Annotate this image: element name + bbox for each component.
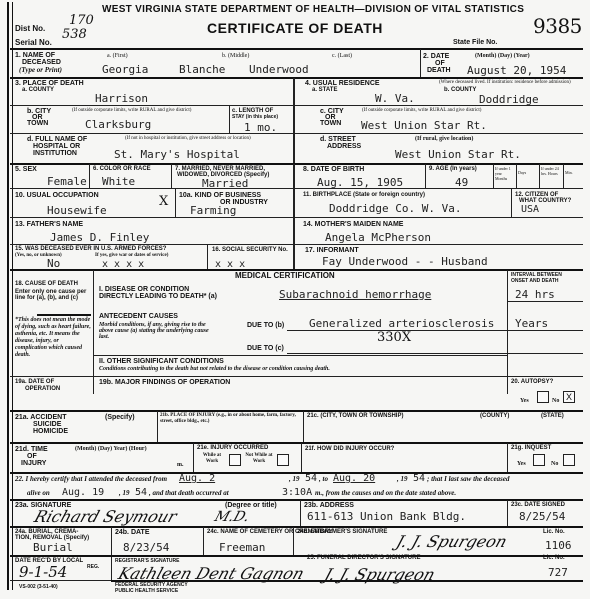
certify-text-1: 22. I hereby certify that I attended the…: [15, 476, 167, 483]
antecedent-note: Morbid conditions, if any, giving rise t…: [99, 322, 219, 340]
death-city-label-3: TOWN: [27, 120, 48, 127]
res-county-label: b. COUNTY: [444, 87, 476, 94]
received-date-value: 9-1-54: [19, 563, 67, 581]
cause-of-death-note: Enter only one cause per line for (a), (…: [15, 289, 91, 301]
middle-name-value: Blanche: [179, 64, 225, 75]
res-street-note: (If rural, give location): [415, 136, 473, 142]
injury-time-m: m.: [177, 462, 184, 468]
certificate-title: CERTIFICATE OF DEATH: [207, 20, 383, 36]
form-number: VS-002 (3-51-40): [19, 584, 58, 591]
age-hours-label: If under 24 hrs. Hours: [541, 166, 563, 176]
social-security-label: 16. SOCIAL SECURITY No.: [212, 247, 288, 254]
place-of-death-label: 3. PLACE OF DEATH: [15, 80, 84, 87]
due-to-b-label: DUE TO (b): [247, 322, 284, 329]
date-signed-label: 23c. DATE SIGNED: [511, 502, 565, 509]
accident-label-3: HOMICIDE: [33, 428, 68, 435]
res-street-label-2: ADDRESS: [327, 143, 361, 150]
date-of-death-cols: (Month) (Day) (Year): [475, 53, 530, 59]
how-injury-label: 21f. HOW DID INJURY OCCUR?: [305, 446, 394, 453]
attended-to-year: 54: [413, 473, 425, 484]
embalmer-lic-label: Lic. No.: [543, 529, 565, 536]
part1-label-1: I. DISEASE OR CONDITION: [99, 286, 189, 293]
hospital-label-3: INSTITUTION: [33, 150, 77, 157]
inquest-no-label: No: [551, 461, 558, 467]
cause-c-value: 330X: [377, 330, 411, 345]
interval-b-value: Years: [515, 318, 548, 329]
embalmer-label: 24d. EMBALMER'S SIGNATURE: [297, 529, 387, 536]
first-name-label: a. (First): [107, 53, 128, 59]
autopsy-yes-checkbox[interactable]: [537, 391, 549, 403]
dist-no-value: 170: [69, 13, 94, 28]
death-certificate-page: WEST VIRGINIA STATE DEPARTMENT OF HEALTH…: [0, 0, 590, 599]
attended-from-date: Aug. 2: [179, 473, 215, 484]
part2-label: II. OTHER SIGNIFICANT CONDITIONS: [99, 358, 224, 365]
alive-on-year: 54: [135, 487, 147, 498]
name-label-2: DECEASED: [22, 59, 61, 66]
antecedent-label: ANTECEDENT CAUSES: [99, 313, 178, 320]
armed-forces-value: No: [47, 258, 60, 269]
last-name-label: c. (Last): [332, 53, 352, 59]
death-time-value: 3:10A: [282, 487, 312, 498]
autopsy-yes-label: Yes: [520, 398, 529, 404]
burial-date-value: 8/23/54: [123, 542, 169, 553]
mother-name-value: Angela McPherson: [325, 232, 431, 243]
citizen-value: USA: [521, 204, 539, 215]
usual-residence-note: (Where deceased lived. If institution: r…: [439, 80, 571, 86]
accident-label-1: 21a. ACCIDENT: [15, 414, 66, 421]
accident-label-2: SUICIDE: [33, 421, 61, 428]
year-prefix-3: , 19: [119, 490, 130, 497]
physician-signature: Richard Seymour: [32, 507, 179, 526]
to-label: , to: [319, 476, 328, 483]
res-street-value: West Union Star Rt.: [395, 149, 521, 160]
burial-date-label: 24b. DATE: [115, 529, 150, 536]
injury-time-label-2: OF: [27, 453, 37, 460]
autopsy-no-checkbox[interactable]: X: [563, 391, 575, 403]
address-label: 23b. ADDRESS: [304, 502, 354, 509]
operation-date-label-1: 19a. DATE OF: [15, 379, 54, 386]
last-name-value: Underwood: [249, 64, 309, 75]
certify-text-3: , and that death occurred at: [149, 490, 229, 497]
birth-date-value: Aug. 15, 1905: [317, 177, 403, 188]
race-label: 6. COLOR OR RACE: [93, 166, 151, 173]
due-to-c-label: DUE TO (c): [247, 345, 284, 352]
year-prefix-2: , 19: [397, 476, 408, 483]
interval-a-value: 24 hrs: [515, 289, 555, 300]
funeral-director-lic-value: 727: [548, 567, 568, 578]
inquest-yes-label: Yes: [517, 461, 526, 467]
age-months-label: If under 1 year Months: [495, 166, 515, 181]
death-city-note: (If outside corporate limits, write RURA…: [72, 108, 191, 114]
mother-name-label: 14. MOTHER'S MAIDEN NAME: [303, 221, 403, 228]
informant-label: 17. INFORMANT: [305, 247, 359, 254]
hospital-note: (If not in hospital or institution, give…: [125, 136, 251, 142]
hospital-value: St. Mary's Hospital: [114, 149, 240, 160]
certificate: WEST VIRGINIA STATE DEPARTMENT OF HEALTH…: [7, 2, 583, 590]
received-label-2: REG.: [87, 564, 99, 571]
age-label: 9. AGE (In years): [429, 166, 477, 173]
agency-line-2: PUBLIC HEALTH SERVICE: [115, 588, 178, 595]
res-city-label-3: TOWN: [320, 120, 341, 127]
business-value: Farming: [190, 205, 236, 216]
date-of-death-label-1: 2. DATE: [423, 53, 449, 60]
injury-city-label: 21c. (CITY, TOWN OR TOWNSHIP): [307, 413, 403, 420]
cause-of-death-footnote: *This does not mean the mode of dying, s…: [15, 317, 92, 359]
embalmer-signature: J. J. Spurgeon: [394, 532, 510, 551]
not-while-at-work-checkbox[interactable]: [277, 454, 289, 466]
attended-to-date: Aug. 20: [333, 473, 375, 484]
address-value: 611-613 Union Bank Bldg.: [307, 511, 466, 522]
occupation-label: 10. USUAL OCCUPATION: [15, 192, 99, 199]
middle-name-label: b. (Middle): [222, 53, 249, 59]
hospital-label-1: d. FULL NAME OF: [27, 136, 87, 143]
injury-time-label-1: 21d. TIME: [15, 446, 48, 453]
birthplace-value: Doddridge Co. W. Va.: [329, 203, 461, 214]
medical-certification-title: MEDICAL CERTIFICATION: [235, 272, 335, 279]
alive-on-date: Aug. 19: [62, 487, 104, 498]
age-min-label: Min.: [565, 170, 573, 176]
res-city-value: West Union Star Rt.: [361, 120, 487, 131]
left-border: [7, 2, 13, 590]
funeral-director-lic-label: Lic. No.: [543, 555, 565, 562]
certify-text-2: ; that I last saw the deceased: [427, 476, 509, 483]
res-state-label: a. STATE: [312, 87, 337, 94]
cause-of-death-label: 18. CAUSE OF DEATH: [15, 281, 78, 288]
inquest-no-checkbox[interactable]: [563, 454, 575, 466]
alive-on-label: alive on: [27, 490, 50, 497]
interval-label-2: ONSET AND DEATH: [511, 278, 559, 285]
inquest-label: 21g. INQUEST: [511, 445, 551, 452]
serial-no-label: Serial No.: [15, 39, 52, 46]
occupation-value: Housewife: [47, 205, 107, 216]
date-signed-value: 8/25/54: [519, 511, 565, 522]
length-of-stay-label-2: STAY (in this place): [232, 114, 278, 121]
res-city-note: (If outside corporate limits, write RURA…: [362, 108, 481, 114]
autopsy-label: 20. AUTOPSY?: [511, 379, 553, 386]
birth-date-label: 8. DATE OF BIRTH: [303, 166, 364, 173]
res-street-label-1: d. STREET: [320, 136, 356, 143]
informant-value: Fay Underwood - - Husband: [322, 256, 488, 267]
degree-label: (Degree or title): [225, 502, 277, 509]
cause-b-value: Generalized arteriosclerosis: [309, 318, 494, 329]
state-file-label: State File No.: [453, 39, 497, 46]
funeral-director-label: 25. FUNERAL DIRECTOR'S SIGNATURE: [307, 555, 420, 562]
embalmer-lic-value: 1106: [545, 540, 572, 551]
race-value: White: [102, 176, 135, 187]
res-county-value: Doddridge: [479, 94, 539, 105]
father-name-label: 13. FATHER'S NAME: [15, 221, 83, 228]
operation-findings-label: 19b. MAJOR FINDINGS OF OPERATION: [99, 379, 230, 386]
autopsy-no-label: No: [552, 398, 559, 404]
place-of-injury-label: 21b. PLACE OF INJURY (e.g., in or about …: [160, 413, 300, 425]
birthplace-label: 11. BIRTHPLACE (State or foreign country…: [303, 192, 425, 199]
date-of-death-label-3: DEATH: [427, 67, 451, 74]
first-name-value: Georgia: [102, 64, 148, 75]
injury-occurred-label: 21e. INJURY OCCURRED: [197, 445, 268, 452]
injury-state-label: (STATE): [541, 413, 564, 420]
department-heading: WEST VIRGINIA STATE DEPARTMENT OF HEALTH…: [102, 4, 524, 15]
attended-from-year: 54: [305, 473, 317, 484]
occupation-mark: X: [159, 194, 168, 209]
name-label-1: 1. NAME OF: [15, 52, 55, 59]
death-county-label: a. COUNTY: [22, 87, 54, 94]
res-state-value: W. Va.: [375, 93, 415, 104]
death-county-value: Harrison: [95, 93, 148, 104]
physician-degree: M.D.: [212, 509, 251, 525]
injury-county-label: (COUNTY): [480, 413, 509, 420]
year-prefix-1: , 19: [289, 476, 300, 483]
injury-time-cols: (Month) (Day) Year) (Hour): [75, 446, 147, 452]
operation-date-label-2: OPERATION: [25, 386, 60, 393]
dist-no-label: Dist No.: [15, 25, 45, 32]
cemetery-value: Freeman: [219, 542, 265, 553]
while-at-work-checkbox[interactable]: [229, 454, 241, 466]
sex-value: Female: [47, 176, 87, 187]
not-while-at-work-label: Not While at Work: [245, 453, 273, 465]
date-of-death-label-2: OF: [435, 60, 445, 67]
armed-forces-label: 15. WAS DECEASED EVER IN U.S. ARMED FORC…: [15, 246, 166, 253]
age-days-label: Days: [518, 170, 526, 176]
age-value: 49: [455, 177, 468, 188]
sex-label: 5. SEX: [15, 166, 37, 173]
length-of-stay-value: 1 mo.: [244, 122, 277, 133]
business-label-1: 10a. KIND OF BUSINESS: [179, 192, 261, 199]
cause-a-value: Subarachnoid hemorrhage: [279, 289, 431, 300]
death-city-value: Clarksburg: [85, 119, 151, 130]
date-of-death-value: August 20, 1954: [467, 65, 566, 76]
certify-text-4: m., from the causes and on the date stat…: [315, 490, 456, 497]
inquest-yes-checkbox[interactable]: [533, 454, 545, 466]
state-file-number: 9385: [533, 14, 582, 38]
accident-specify: (Specify): [105, 414, 135, 421]
name-label-3: (Type or Print): [19, 67, 62, 74]
father-name-value: James D. Finley: [50, 232, 149, 243]
while-at-work-label: While at Work: [199, 453, 225, 465]
burial-value: Burial: [33, 542, 73, 553]
part2-note: Conditions contributing to the death but…: [99, 366, 359, 373]
part1-label-2: DIRECTLY LEADING TO DEATH* (a): [99, 293, 217, 300]
injury-time-label-3: INJURY: [21, 460, 46, 467]
hospital-label-2: HOSPITAL OR: [33, 143, 80, 150]
usual-residence-label: 4. USUAL RESIDENCE: [305, 80, 380, 87]
serial-no-value: 538: [62, 27, 87, 42]
